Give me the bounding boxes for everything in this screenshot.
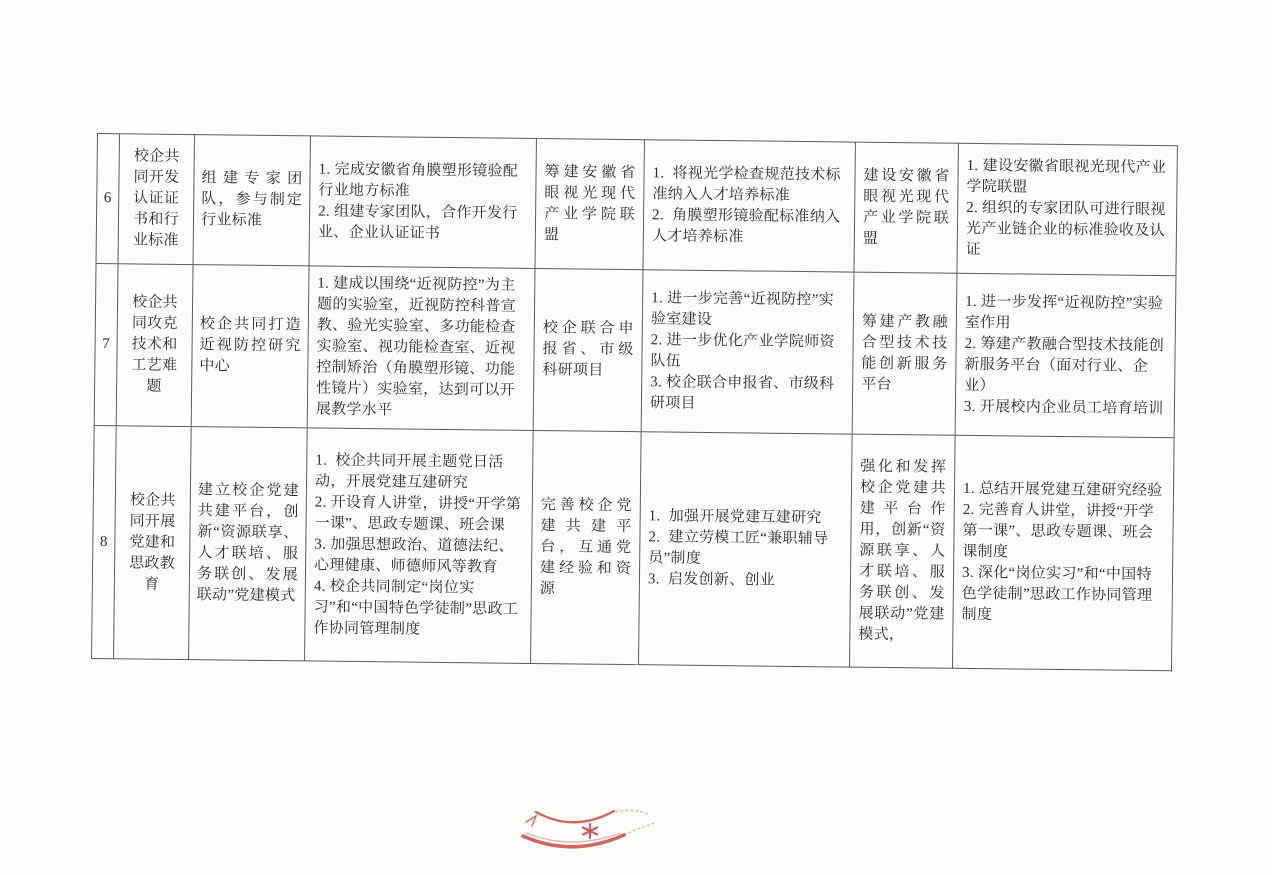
year2-tasks-cell: 1. 加强开展党建互建研究 2. 建立劳模工匠“兼职辅导员”制度 3. 启发创新… [639, 432, 853, 667]
year2-tasks-cell: 1. 进一步完善“近视防控”实验室建设 2. 进一步优化产业学院师资队伍 3. … [641, 270, 854, 434]
year2-tasks-cell: 1. 将视光学检查规范技术标准纳入人才培养标准 2. 角膜塑形镜验配标准纳入人才… [643, 140, 855, 272]
year3-tasks-cell: 1. 总结开展党建互建研究经验 2. 完善育人讲堂，讲授“开学第一课”、思政专题… [952, 435, 1174, 670]
year3-tasks-cell: 1. 进一步发挥“近视防控”实验室作用 2. 筹建产教融合型技术技能创新服务平台… [955, 273, 1176, 437]
cooperation-plan-table: 6 校企共 同开发 认证证 书和行 业标准 组建专家团队，参与制定行业标准 1.… [91, 133, 1178, 671]
year1-tasks-cell: 1. 建成以围绕“近视防控”为主题的实验室，近视防控科普宣教、验光实验室、多功能… [307, 266, 535, 431]
table-row: 8 校企共 同开展 党建和 思政教 育 建立校企党建共建平台，创新“资源联享、人… [92, 425, 1175, 670]
seal-outer-arc-faded [624, 823, 654, 835]
approach-cell: 建立校企党建共建平台，创新“资源联享、人才联培、服务联创、发展联动”党建模式 [189, 427, 308, 661]
year3-goal-cell: 强化和发挥校企党建共建平台作用，创新“资源联享、人才联培、服务联创、发展联动”党… [849, 434, 955, 668]
year3-tasks-cell: 1. 建设安徽省眼视光现代产业学院联盟 2. 组织的专家团队可进行眼视光产业链企… [957, 143, 1177, 275]
year3-goal-cell: 建设安徽省眼视光现代产业学院联盟 [854, 142, 958, 273]
seal-star-icon [583, 824, 597, 838]
year3-goal-cell: 筹建产教融合型技术技能创新服务平台 [852, 272, 957, 435]
row-number-cell: 7 [94, 263, 118, 425]
scanned-page: 6 校企共 同开发 认证证 书和行 业标准 组建专家团队，参与制定行业标准 1.… [0, 0, 1272, 875]
row-number-cell: 8 [92, 425, 117, 658]
seal-stray-mark [526, 816, 536, 826]
table-row: 7 校企共 同攻克 技术和 工艺难 题 校企共同打造近视防控研究中心 1. 建成… [94, 263, 1176, 437]
year2-goal-cell: 校企联合申报省、市级科研项目 [533, 268, 643, 431]
approach-cell: 校企共同打造近视防控研究中心 [191, 265, 309, 428]
year2-goal-cell: 筹建安徽省眼视光现代产业学院联盟 [535, 138, 644, 269]
table-row: 6 校企共 同开发 认证证 书和行 业标准 组建专家团队，参与制定行业标准 1.… [96, 134, 1177, 276]
year1-tasks-cell: 1. 校企共同开展主题党日活动，开展党建互建研究 2. 开设育人讲堂，讲授“开学… [305, 428, 534, 664]
official-seal-stamp [512, 802, 672, 864]
seal-inner-arc [536, 811, 614, 822]
project-name-cell: 校企共 同开展 党建和 思政教 育 [114, 426, 192, 660]
project-name-cell: 校企共 同开发 认证证 书和行 业标准 [118, 134, 194, 265]
row-number-cell: 6 [96, 134, 119, 264]
project-name-cell: 校企共 同攻克 技术和 工艺难 题 [116, 264, 193, 427]
year2-goal-cell: 完善校企党建共建平台，互通党建经验和资源 [531, 430, 642, 664]
approach-cell: 组建专家团队，参与制定行业标准 [193, 135, 310, 266]
seal-inner-arc-faded [616, 810, 648, 814]
year1-tasks-cell: 1. 完成安徽省角膜塑形镜验配行业地方标准 2. 组建专家团队，合作开发行业、企… [309, 136, 536, 269]
